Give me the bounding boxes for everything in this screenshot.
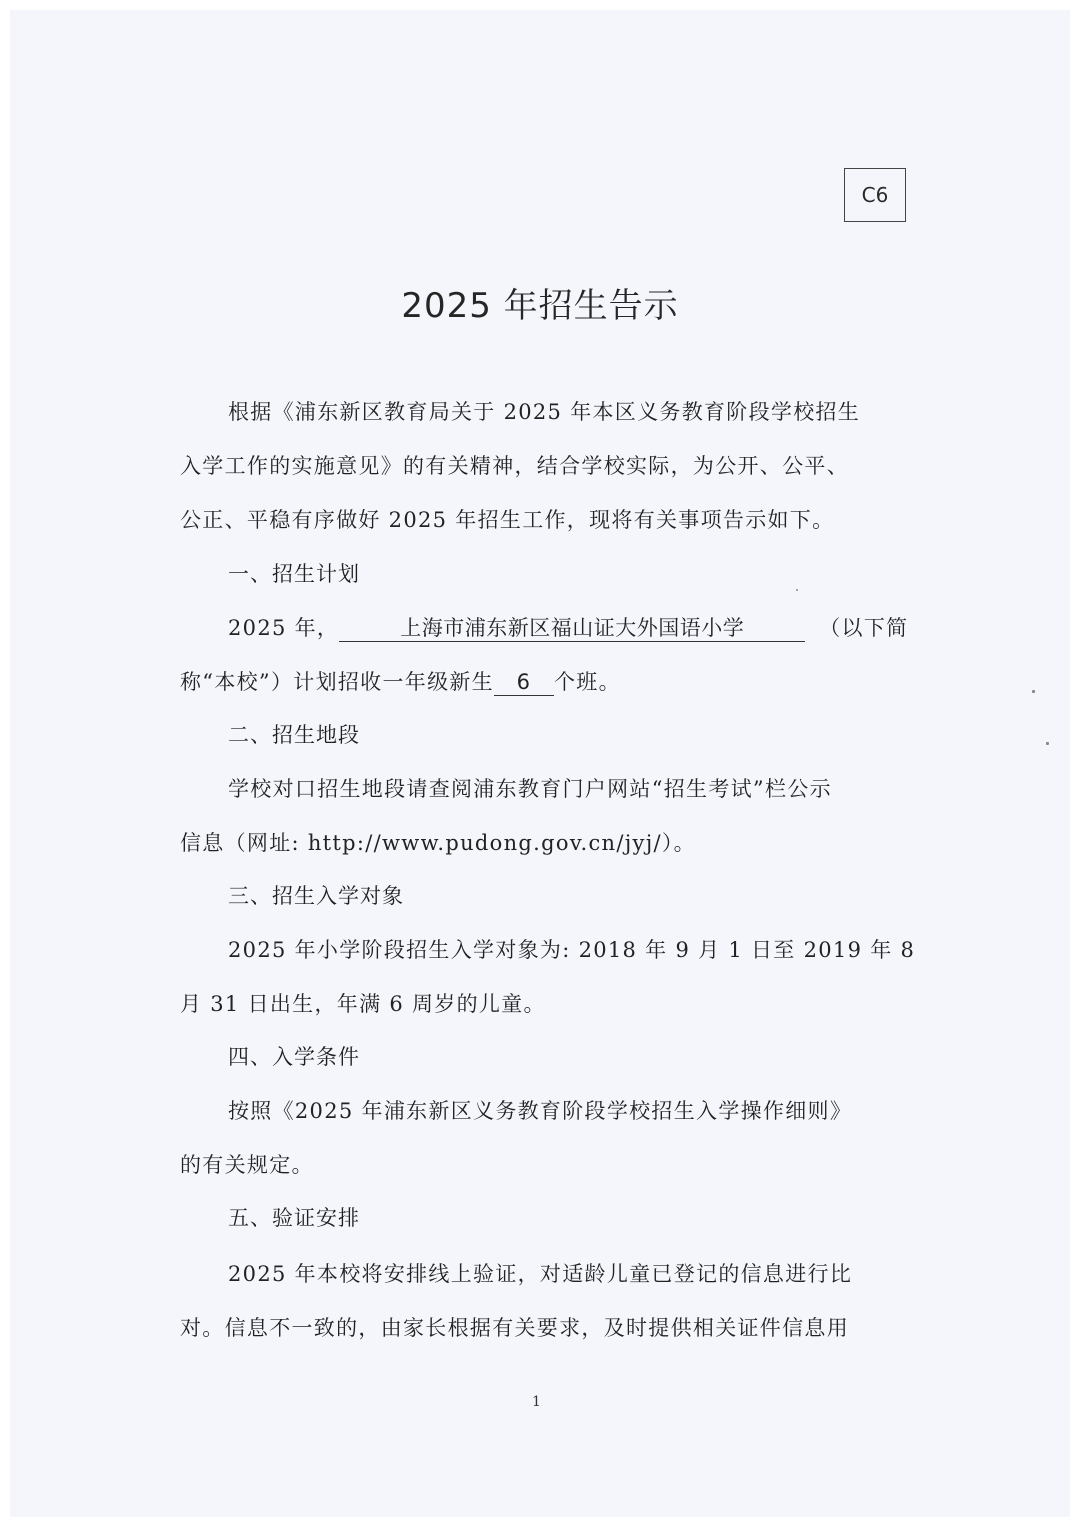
- enrollment-zone-line-2: 信息（网址: http://www.pudong.gov.cn/jyj/）。: [180, 828, 696, 858]
- school-name-field: 上海市浦东新区福山证大外国语小学: [339, 615, 805, 642]
- intro-line-2: 入学工作的实施意见》的有关精神，结合学校实际，为公开、公平、: [180, 451, 849, 481]
- enrollment-plan-line-2: 称“本校”）计划招收一年级新生6个班。: [180, 667, 621, 697]
- scan-speck: [1032, 690, 1035, 693]
- page-number: 1: [532, 1394, 541, 1410]
- section-heading-eligible-children: 三、招生入学对象: [228, 881, 404, 911]
- section-heading-enrollment-plan: 一、招生计划: [228, 559, 360, 589]
- class-count-field: 6: [494, 669, 554, 696]
- admission-conditions-line-1: 按照《2025 年浦东新区义务教育阶段学校招生入学操作细则》: [228, 1096, 852, 1126]
- enrollment-zone-line-1: 学校对口招生地段请查阅浦东教育门户网站“招生考试”栏公示: [228, 774, 832, 804]
- intro-line-3: 公正、平稳有序做好 2025 年招生工作，现将有关事项告示如下。: [180, 505, 834, 535]
- admission-conditions-line-2: 的有关规定。: [180, 1150, 314, 1180]
- enrollment-plan-prefix: 2025 年，: [228, 616, 339, 640]
- eligible-children-line-2: 月 31 日出生，年满 6 周岁的儿童。: [180, 989, 546, 1019]
- enrollment-plan-line-1: 2025 年，上海市浦东新区福山证大外国语小学（以下简: [228, 613, 908, 643]
- verification-line-2: 对。信息不一致的，由家长根据有关要求，及时提供相关证件信息用: [180, 1313, 849, 1343]
- scanned-page: [10, 10, 1070, 1517]
- verification-line-1: 2025 年本校将安排线上验证，对适龄儿童已登记的信息进行比: [228, 1259, 852, 1289]
- intro-line-1: 根据《浦东新区教育局关于 2025 年本区义务教育阶段学校招生: [228, 397, 860, 427]
- document-title: 2025 年招生告示: [0, 278, 1080, 327]
- scan-speck: [796, 589, 798, 591]
- enrollment-plan-line2-suffix: 个班。: [554, 670, 621, 694]
- scan-speck: [1046, 742, 1049, 745]
- eligible-children-line-1: 2025 年小学阶段招生入学对象为: 2018 年 9 月 1 日至 2019 …: [228, 935, 915, 965]
- enrollment-plan-suffix: （以下简: [819, 616, 908, 640]
- section-heading-verification: 五、验证安排: [228, 1203, 360, 1233]
- document-code-box: C6: [844, 168, 906, 222]
- section-heading-enrollment-zone: 二、招生地段: [228, 720, 360, 750]
- section-heading-admission-conditions: 四、入学条件: [228, 1042, 360, 1072]
- enrollment-plan-line2-prefix: 称“本校”）计划招收一年级新生: [180, 670, 494, 694]
- document-code: C6: [862, 183, 889, 207]
